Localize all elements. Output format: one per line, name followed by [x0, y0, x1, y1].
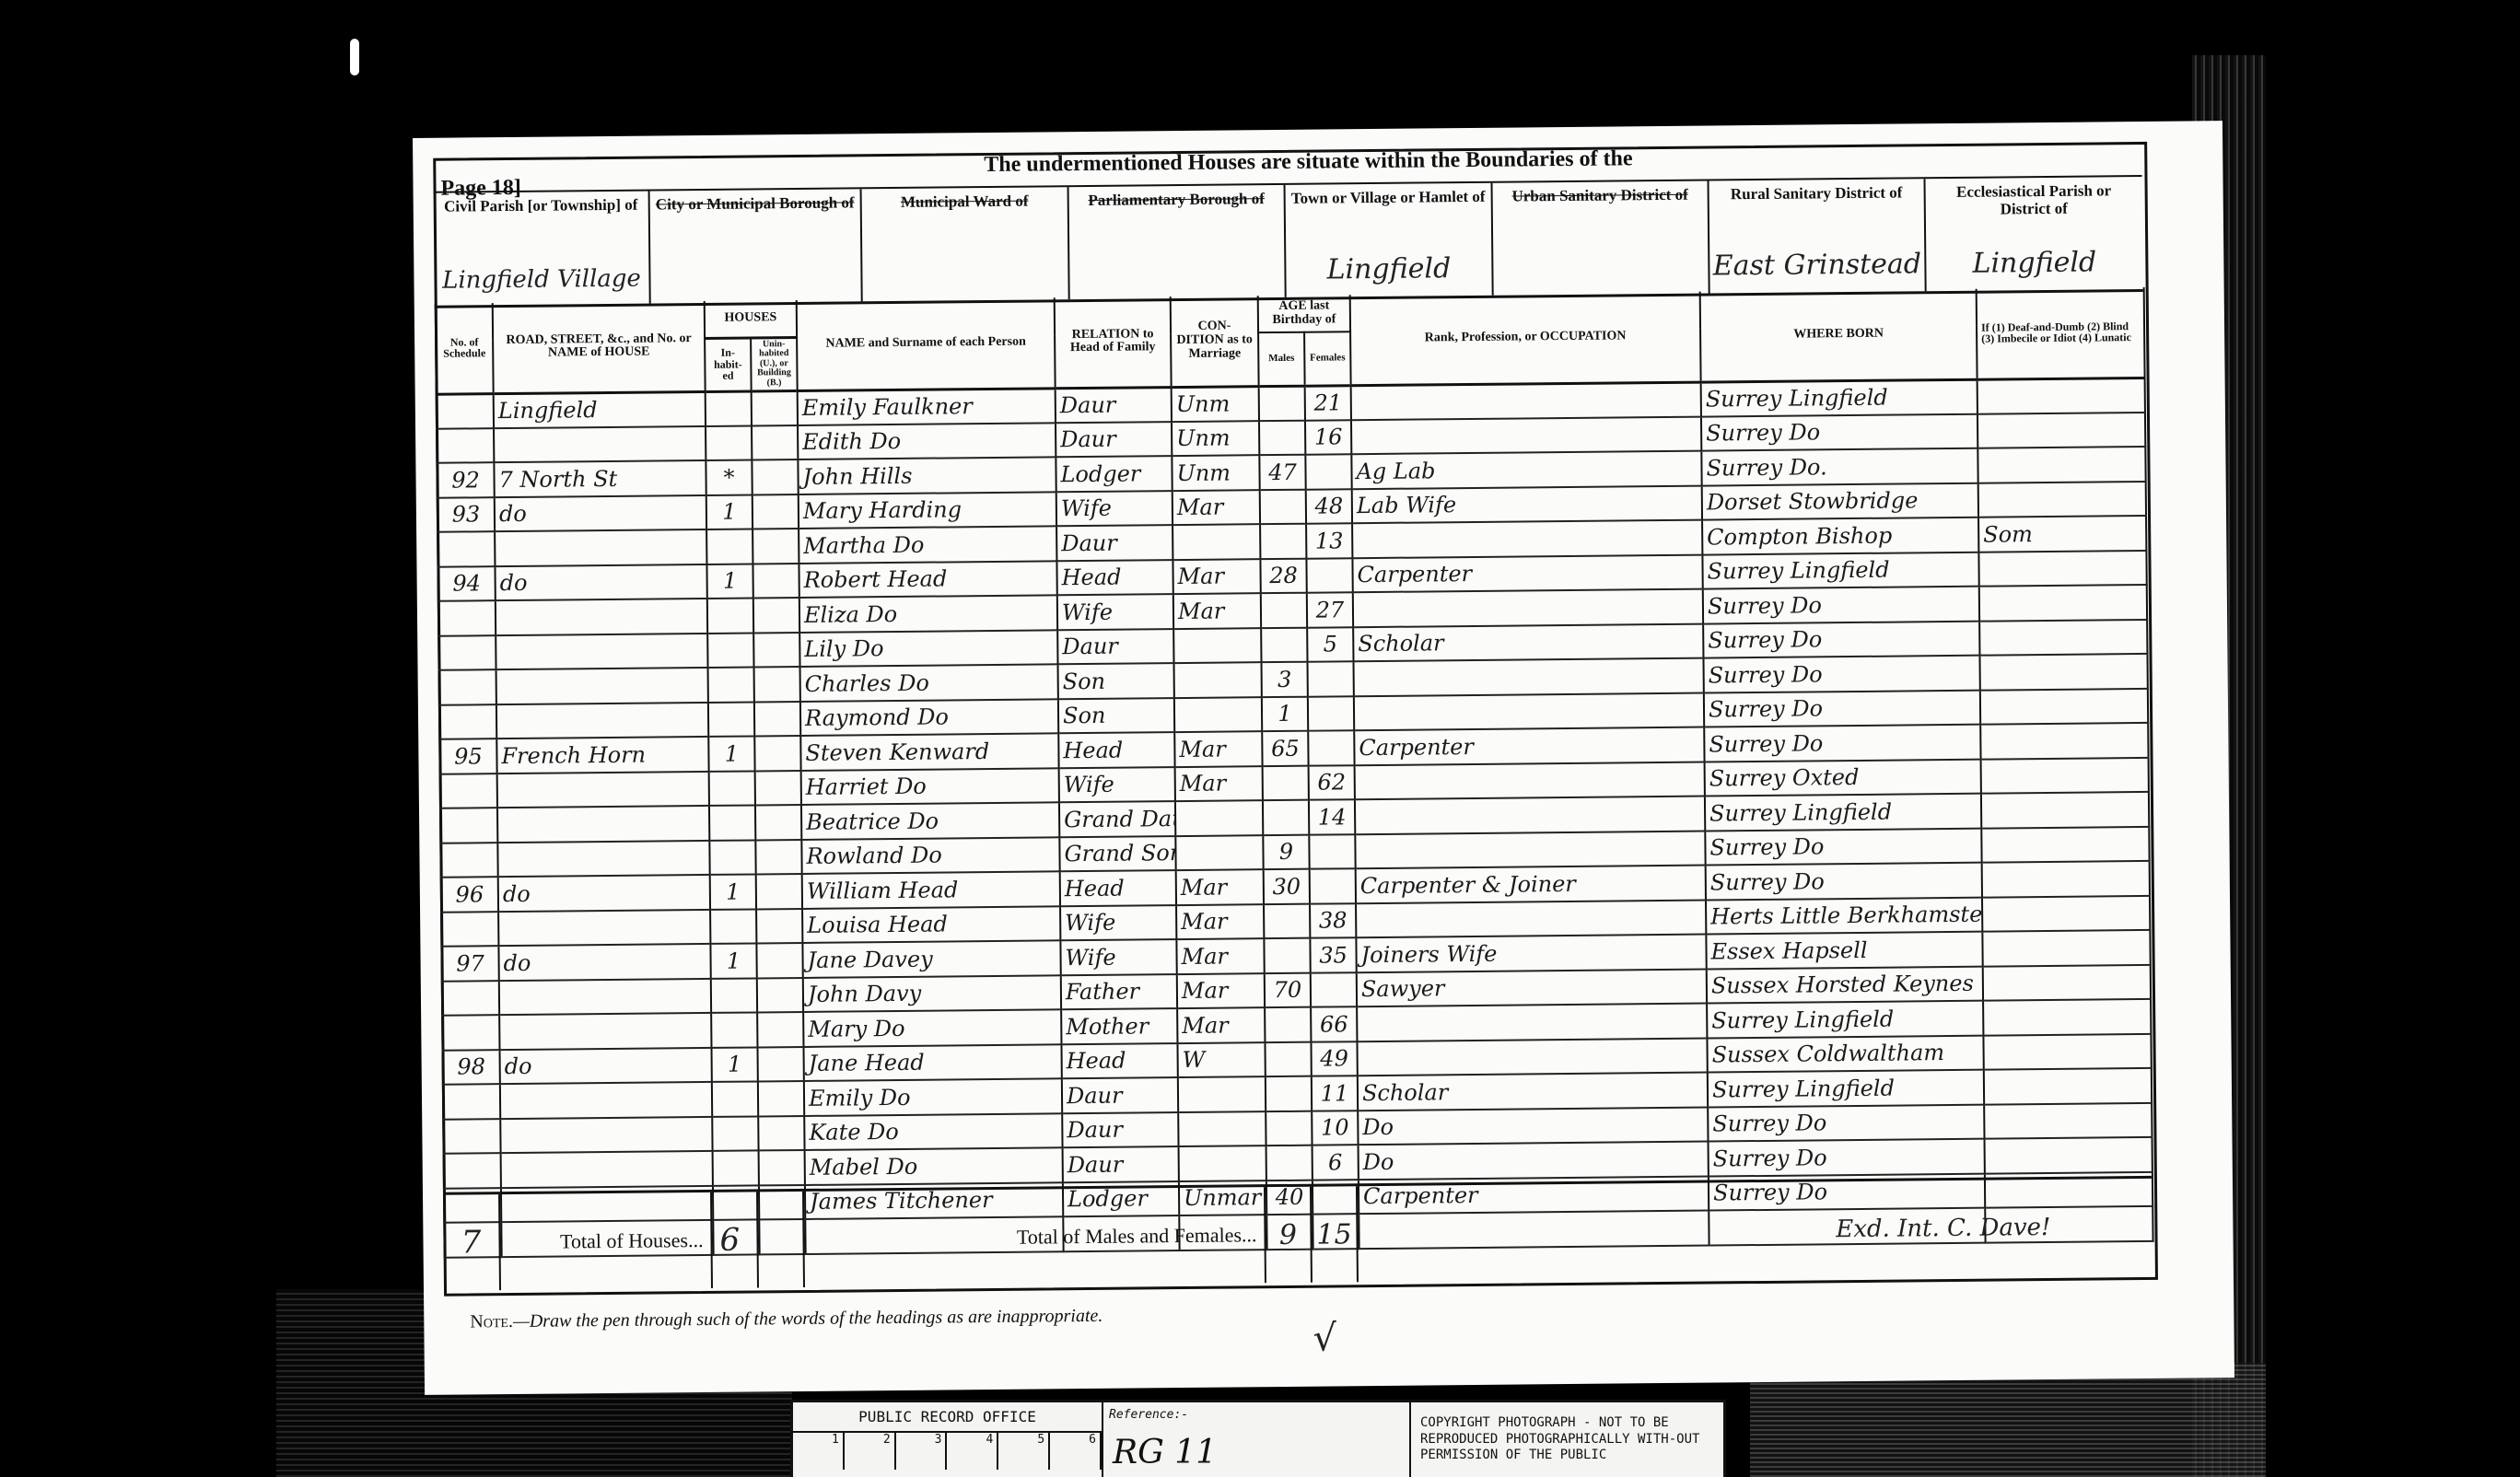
cell-infirmity	[1980, 723, 2148, 759]
rural-sanitary-label: Rural Sanitary District of	[1715, 184, 1919, 204]
cell-female-age	[1305, 454, 1351, 489]
cell-relation: Grand Son	[1059, 836, 1175, 872]
col-condition: CON-DITION as to Marriage	[1171, 296, 1259, 387]
cell-male-age	[1264, 903, 1310, 938]
cell-name: Robert Head	[799, 561, 1056, 598]
cell-male-age: 47	[1259, 455, 1305, 490]
cell-name: Kate Do	[804, 1113, 1062, 1150]
cell-name: Harriet Do	[801, 768, 1059, 805]
cell-where-born: Surrey Do	[1703, 587, 1979, 623]
cell-condition	[1173, 628, 1261, 663]
cell-name: Lily Do	[799, 630, 1057, 667]
cell-condition: Mar	[1177, 973, 1265, 1008]
urban-sanitary-label: Urban Sanitary District of	[1499, 187, 1702, 206]
cell-name: Edith Do	[798, 423, 1056, 459]
cell-schedule	[443, 1084, 500, 1119]
cell-condition	[1175, 800, 1263, 835]
cell-condition: Unm	[1172, 455, 1259, 490]
cell-inhabited	[706, 390, 752, 425]
cell-inhabited: 1	[711, 1047, 757, 1082]
cell-relation: Head	[1061, 1043, 1177, 1079]
cell-infirmity	[1979, 654, 2147, 690]
cell-name: Mabel Do	[805, 1147, 1063, 1184]
cell-male-age	[1266, 1076, 1312, 1111]
cell-female-age	[1308, 661, 1354, 696]
cell-relation: Wife	[1057, 594, 1173, 630]
cell-female-age	[1308, 730, 1354, 765]
cell-uninhabited	[755, 839, 801, 874]
cell-male-age: 28	[1260, 558, 1306, 593]
cell-road	[498, 909, 710, 946]
pro-col-2: 2	[845, 1433, 896, 1470]
cell-male-age	[1263, 765, 1309, 800]
cell-road: do	[498, 875, 710, 912]
col-houses: HOUSES	[705, 300, 797, 338]
cell-occupation: Ag Lab	[1351, 451, 1701, 489]
cell-male-age	[1261, 593, 1307, 628]
cell-relation: Lodger	[1056, 456, 1172, 492]
cell-infirmity	[1984, 1102, 2152, 1138]
cell-schedule	[442, 981, 499, 1016]
col-schedule: No. of Schedule	[436, 303, 494, 394]
cell-male-age	[1260, 524, 1306, 559]
cell-relation: Daur	[1057, 629, 1173, 665]
cell-where-born: Surrey Lingfield	[1705, 794, 1981, 831]
cell-female-age: 48	[1306, 489, 1352, 524]
pro-left-panel: PUBLIC RECORD OFFICE 1 2 3 4 5 6	[793, 1402, 1103, 1477]
cell-relation: Head	[1060, 870, 1176, 906]
cell-infirmity	[1978, 550, 2146, 586]
cell-female-age	[1309, 834, 1355, 869]
cell-infirmity	[1983, 964, 2151, 1000]
cell-infirmity	[1983, 999, 2151, 1035]
cell-infirmity	[1982, 895, 2150, 931]
cell-schedule	[437, 428, 494, 463]
cell-female-age: 13	[1306, 523, 1352, 558]
cell-infirmity	[1985, 1137, 2152, 1173]
cell-relation: Son	[1058, 698, 1174, 734]
cell-schedule	[439, 704, 496, 739]
cell-name: Jane Head	[803, 1044, 1061, 1081]
cell-occupation	[1354, 692, 1704, 730]
cell-where-born: Surrey Lingfield	[1707, 1001, 1983, 1038]
col-infirmity: If (1) Deaf-and-Dumb (2) Blind (3) Imbec…	[1977, 287, 2145, 379]
cell-condition: Mar	[1175, 766, 1263, 801]
pro-number-cols: 1 2 3 4 5 6	[793, 1433, 1102, 1470]
cell-condition: Mar	[1172, 559, 1260, 594]
pro-reference-label: Reference:-	[1109, 1408, 1188, 1422]
pro-reference: Reference:- RG 11	[1103, 1402, 1411, 1477]
cell-relation: Daur	[1056, 387, 1172, 423]
cell-female-age: 38	[1310, 903, 1356, 938]
rural-sanitary-value: East Grinstead	[1709, 248, 1924, 282]
cell-schedule	[441, 912, 498, 947]
parliamentary-borough-cell: Parliamentary Borough of	[1069, 185, 1287, 299]
cell-uninhabited	[756, 943, 802, 978]
cell-name: Steven Kenward	[800, 733, 1058, 770]
pro-col-4: 4	[947, 1433, 998, 1470]
cell-occupation	[1351, 416, 1701, 454]
cell-uninhabited	[755, 770, 801, 805]
col-name: NAME and Surname of each Person	[797, 297, 1056, 390]
cell-where-born: Surrey Do	[1709, 1139, 1985, 1176]
cell-name: John Hills	[798, 457, 1056, 494]
cell-condition: Mar	[1173, 593, 1261, 628]
enumerator-signature: Exd. Int. C. Dave!	[1358, 1179, 2152, 1282]
cell-male-age	[1259, 386, 1305, 421]
cell-where-born: Essex Hapsell	[1706, 932, 1982, 969]
cell-uninhabited	[754, 667, 800, 702]
cell-where-born: Surrey Lingfield	[1708, 1070, 1984, 1107]
cell-male-age: 70	[1265, 972, 1311, 1007]
cell-schedule: 97	[441, 946, 498, 981]
cell-female-age: 10	[1312, 1111, 1358, 1146]
cell-inhabited	[711, 1012, 757, 1047]
col-relation: RELATION to Head of Family	[1055, 297, 1172, 388]
cell-uninhabited	[757, 1046, 803, 1081]
cell-name: Mary Do	[803, 1009, 1061, 1046]
cell-relation: Wife	[1060, 939, 1176, 975]
cell-infirmity	[1981, 826, 2149, 862]
cell-female-age: 11	[1312, 1076, 1358, 1111]
cell-name: William Head	[802, 871, 1060, 908]
cell-female-age	[1311, 972, 1357, 1007]
cell-male-age: 1	[1262, 696, 1308, 731]
cell-name: Eliza Do	[799, 595, 1057, 632]
pro-copyright: COPYRIGHT PHOTOGRAPH - NOT TO BE REPRODU…	[1411, 1402, 1723, 1477]
cell-condition	[1172, 524, 1260, 559]
scan-artifact	[350, 39, 359, 76]
cell-male-age: 65	[1262, 731, 1308, 766]
cell-male-age: 9	[1263, 834, 1309, 869]
cell-where-born: Surrey Lingfield	[1702, 552, 1978, 588]
pro-col-6: 6	[1050, 1433, 1102, 1470]
cell-uninhabited	[756, 908, 802, 943]
cell-occupation: Carpenter	[1352, 554, 1702, 592]
cell-relation: Mother	[1061, 1008, 1177, 1044]
cell-where-born: Compton Bishop	[1702, 518, 1978, 554]
pro-reference-value: RG 11	[1113, 1434, 1217, 1471]
cell-condition	[1175, 835, 1263, 870]
civil-parish-value: Lingfield Village	[434, 265, 648, 295]
cell-condition	[1174, 697, 1262, 732]
rural-sanitary-cell: Rural Sanitary District of East Grinstea…	[1709, 179, 1927, 293]
cell-schedule	[443, 1119, 500, 1154]
cell-inhabited	[708, 702, 754, 737]
cell-occupation	[1352, 520, 1702, 558]
urban-sanitary-cell: Urban Sanitary District of	[1493, 180, 1710, 295]
cell-where-born: Surrey Do	[1703, 621, 1979, 657]
cell-female-age: 21	[1305, 385, 1351, 420]
col-uninhabited: Unin-habited (U.), or Building (B.)	[751, 337, 798, 390]
cell-relation: Daur	[1062, 1112, 1178, 1148]
cell-where-born: Surrey Do	[1708, 1104, 1984, 1141]
cell-uninhabited	[752, 529, 799, 564]
cell-relation: Father	[1061, 974, 1177, 1010]
ecclesiastical-parish-label: Ecclesiastical Parish or District of	[1931, 182, 2137, 219]
cell-where-born: Surrey Do	[1701, 413, 1977, 450]
cell-occupation	[1354, 658, 1704, 696]
parliamentary-borough-label: Parliamentary Borough of	[1075, 191, 1278, 210]
cell-inhabited	[709, 805, 755, 840]
cell-uninhabited	[756, 874, 802, 909]
cell-condition: Mar	[1172, 490, 1260, 525]
municipal-ward-label: Municipal Ward of	[868, 192, 1062, 212]
footnote-prefix: Note.	[470, 1311, 513, 1332]
cell-schedule	[440, 808, 497, 843]
cell-schedule: 92	[437, 462, 494, 497]
cell-condition: Mar	[1176, 938, 1264, 973]
cell-infirmity	[1977, 378, 2145, 413]
cell-infirmity	[1980, 688, 2148, 724]
cell-inhabited: 1	[708, 736, 754, 771]
cell-male-age: 3	[1262, 662, 1308, 697]
cell-infirmity	[1982, 930, 2150, 966]
cell-male-age	[1265, 1007, 1311, 1042]
jurisdiction-header: Civil Parish [or Township] of Lingfield …	[434, 175, 2143, 308]
cell-schedule: 93	[437, 497, 495, 532]
cell-male-age	[1266, 1111, 1312, 1146]
cell-uninhabited	[753, 632, 799, 667]
cell-uninhabited	[752, 390, 798, 425]
cell-schedule	[444, 1153, 501, 1188]
cell-road	[497, 806, 709, 843]
cell-relation: Daur	[1062, 1077, 1178, 1113]
cell-road	[500, 1082, 712, 1119]
cell-occupation: Do	[1358, 1107, 1708, 1145]
cell-relation: Daur	[1056, 422, 1172, 458]
cell-inhabited	[706, 425, 752, 460]
cell-female-age: 27	[1307, 592, 1353, 627]
footnote: Note.—Draw the pen through such of the w…	[470, 1306, 1102, 1333]
cell-male-age	[1259, 420, 1305, 455]
cell-male-age	[1261, 627, 1307, 662]
cell-road	[499, 978, 711, 1015]
col-occupation: Rank, Profession, or OCCUPATION	[1350, 292, 1701, 386]
cell-road: French Horn	[496, 737, 708, 773]
cell-road: Lingfield	[494, 391, 706, 428]
cell-road	[500, 1116, 712, 1153]
cell-relation: Head	[1056, 560, 1172, 596]
cell-occupation	[1356, 900, 1706, 937]
cell-uninhabited	[755, 805, 801, 840]
cell-male-age	[1265, 1041, 1311, 1076]
cell-where-born: Herts Little Berkhamsted	[1706, 897, 1982, 934]
cell-condition: Unm	[1172, 386, 1259, 421]
cell-male-age	[1266, 1146, 1312, 1180]
total-houses-label: Total of Houses...	[500, 1192, 713, 1290]
pro-col-3: 3	[896, 1433, 948, 1470]
cell-schedule: 95	[439, 738, 496, 773]
cell-infirmity	[1984, 1068, 2152, 1104]
cell-female-age: 49	[1311, 1041, 1357, 1076]
cell-female-age: 5	[1307, 627, 1353, 662]
cell-road	[495, 529, 706, 566]
cell-female-age: 66	[1311, 1006, 1357, 1041]
cell-occupation	[1357, 1038, 1707, 1076]
totals-row: 7 Total of Houses... 6 Total of Males an…	[443, 1176, 2152, 1291]
cell-relation: Wife	[1060, 905, 1176, 941]
cell-road	[496, 633, 707, 669]
col-age: AGE last Birthday of	[1258, 295, 1350, 332]
civil-parish-label: Civil Parish [or Township] of	[439, 197, 643, 216]
cell-uninhabited	[757, 977, 803, 1012]
cell-where-born: Sussex Coldwaltham	[1707, 1035, 1983, 1072]
cell-occupation	[1357, 1004, 1707, 1041]
cell-occupation: Scholar	[1353, 623, 1703, 661]
cell-where-born: Surrey Do	[1704, 725, 1980, 762]
cell-relation: Grand Daur	[1059, 801, 1175, 837]
cell-occupation	[1355, 797, 1705, 834]
cell-schedule: 98	[443, 1050, 500, 1085]
total-schedules: 7	[443, 1194, 501, 1291]
pro-title: PUBLIC RECORD OFFICE	[793, 1402, 1102, 1433]
cell-condition: Mar	[1177, 1007, 1265, 1042]
cell-occupation	[1355, 762, 1705, 799]
cell-occupation: Joiners Wife	[1356, 935, 1706, 972]
cell-road	[499, 1013, 711, 1050]
cell-inhabited	[707, 598, 753, 633]
cell-infirmity	[1981, 757, 2149, 793]
cell-inhabited	[707, 633, 753, 668]
cell-occupation: Scholar	[1358, 1073, 1708, 1111]
cell-inhabited: 1	[710, 874, 756, 909]
cell-condition	[1178, 1111, 1266, 1146]
cell-where-born: Surrey Lingfield	[1701, 379, 1977, 416]
cell-where-born: Sussex Horsted Keynes	[1707, 966, 1983, 1003]
cell-name: Jane Davey	[802, 940, 1060, 977]
cell-inhabited	[712, 1116, 758, 1151]
col-where-born: WHERE BORN	[1700, 289, 1977, 382]
cell-schedule	[440, 773, 497, 808]
cell-name: Charles Do	[800, 664, 1058, 701]
cell-condition: Mar	[1174, 731, 1262, 766]
cell-name: John Davy	[803, 975, 1061, 1012]
col-road: ROAD, STREET, &c., and No. or NAME of HO…	[493, 301, 706, 393]
cell-male-age: 30	[1264, 869, 1310, 904]
cell-occupation: Sawyer	[1357, 969, 1707, 1006]
cell-occupation: Do	[1359, 1142, 1709, 1180]
cell-name: Mary Harding	[799, 492, 1056, 529]
cell-where-born: Dorset Stowbridge	[1702, 483, 1978, 519]
cell-schedule: 94	[437, 566, 495, 601]
cell-road	[497, 771, 709, 808]
col-inhabited: In-habit-ed	[705, 337, 752, 390]
cell-occupation: Carpenter & Joiner	[1356, 866, 1706, 903]
cell-inhabited	[712, 1081, 758, 1116]
cell-inhabited: 1	[706, 494, 752, 529]
municipal-ward-cell: Municipal Ward of	[862, 187, 1070, 301]
cell-relation: Head	[1058, 732, 1174, 768]
cell-condition: Mar	[1176, 904, 1264, 939]
cell-female-age	[1308, 696, 1354, 731]
cell-infirmity	[1982, 861, 2150, 897]
total-uninhabited	[758, 1192, 805, 1287]
cell-condition	[1174, 662, 1262, 697]
cell-where-born: Surrey Oxted	[1705, 759, 1981, 796]
cell-infirmity: Som	[1978, 516, 2146, 552]
cell-female-age	[1310, 868, 1356, 903]
cell-uninhabited	[754, 701, 800, 736]
cell-schedule	[437, 393, 494, 428]
cell-condition: Mar	[1176, 869, 1264, 904]
cell-infirmity	[1978, 481, 2146, 517]
cell-infirmity	[1983, 1033, 2151, 1069]
ecclesiastical-parish-cell: Ecclesiastical Parish or District of Lin…	[1926, 177, 2143, 291]
cell-inhabited	[713, 1150, 759, 1185]
cell-uninhabited	[754, 736, 800, 771]
cell-schedule	[439, 669, 496, 704]
ecclesiastical-parish-value: Lingfield	[1926, 246, 2142, 280]
cell-occupation	[1353, 589, 1703, 627]
cell-uninhabited	[758, 1115, 804, 1150]
cell-name: Beatrice Do	[801, 802, 1059, 839]
footnote-text: —Draw the pen through such of the words …	[513, 1306, 1103, 1332]
pro-col-5: 5	[998, 1433, 1050, 1470]
cell-road	[496, 599, 707, 635]
cell-schedule	[442, 1015, 499, 1050]
cell-road	[496, 668, 708, 704]
cell-infirmity	[1979, 585, 2147, 621]
cell-road: do	[495, 494, 706, 531]
cell-name: Raymond Do	[800, 699, 1058, 736]
municipal-borough-cell: City or Municipal Borough of	[650, 189, 863, 303]
town-village-cell: Town or Village or Hamlet of Lingfield	[1286, 183, 1494, 297]
cell-schedule	[440, 843, 497, 878]
cell-inhabited: 1	[710, 943, 756, 978]
tick-mark-icon: √	[1312, 1317, 1336, 1359]
cell-inhabited	[708, 667, 754, 702]
cell-relation: Wife	[1056, 491, 1172, 527]
cell-condition	[1179, 1146, 1266, 1180]
cell-uninhabited	[752, 459, 798, 494]
cell-inhabited: 1	[706, 564, 752, 599]
total-males: 9	[1266, 1187, 1312, 1283]
total-persons-label: Total of Males and Females...	[804, 1187, 1266, 1287]
cell-infirmity	[1977, 412, 2145, 448]
col-males: Males	[1258, 332, 1305, 386]
cell-condition: Unm	[1172, 421, 1259, 456]
cell-infirmity	[1979, 619, 2147, 655]
cell-inhabited	[711, 978, 757, 1013]
cell-where-born: Surrey Do	[1705, 828, 1981, 865]
cell-where-born: Surrey Do	[1703, 656, 1979, 692]
cell-road	[501, 1151, 713, 1188]
cell-infirmity	[1977, 447, 2145, 483]
col-females: Females	[1304, 331, 1351, 385]
cell-male-age	[1263, 800, 1309, 835]
cell-uninhabited	[759, 1150, 805, 1185]
cell-schedule	[437, 531, 495, 566]
total-females: 15	[1312, 1186, 1359, 1282]
census-page: Page 18] The undermentioned Houses are s…	[413, 121, 2234, 1395]
cell-occupation: Carpenter	[1354, 727, 1704, 765]
census-table: No. of Schedule ROAD, STREET, &c., and N…	[435, 287, 2154, 1258]
cell-uninhabited	[757, 1012, 803, 1047]
cell-female-age	[1306, 558, 1352, 593]
cell-female-age: 16	[1305, 420, 1351, 455]
cell-female-age: 6	[1312, 1145, 1359, 1180]
cell-condition	[1178, 1076, 1266, 1111]
cell-where-born: Surrey Do	[1706, 863, 1982, 900]
cell-uninhabited	[753, 598, 799, 633]
cell-female-age: 62	[1309, 765, 1355, 800]
cell-schedule	[438, 635, 496, 670]
cell-inhabited: *	[706, 459, 752, 494]
cell-uninhabited	[752, 563, 799, 598]
cell-name: Louisa Head	[802, 906, 1060, 943]
cell-relation: Daur	[1063, 1146, 1179, 1182]
